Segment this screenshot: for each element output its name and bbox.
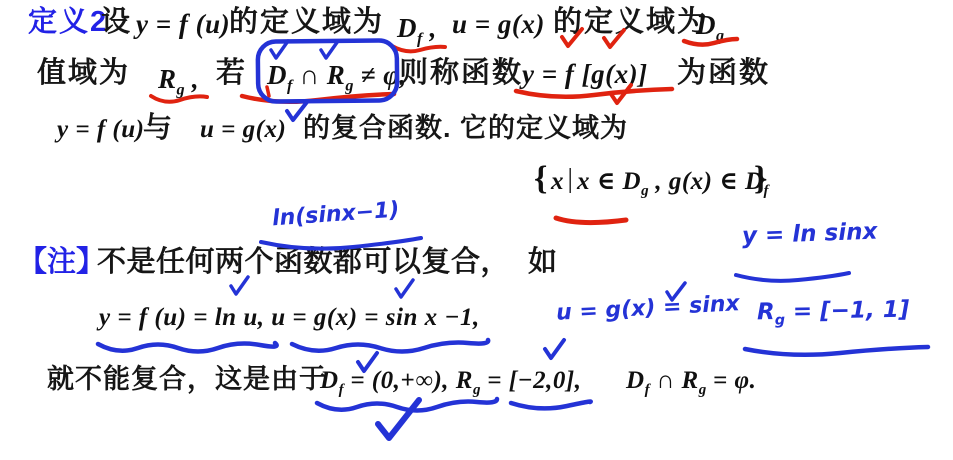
math-composite-fn: y = f [g(x)] xyxy=(522,59,648,90)
blue-underline-hw-Rg xyxy=(745,347,928,355)
math-empty-intersection: Df ∩ Rg = φ. xyxy=(626,367,756,399)
handwriting-y-ln-sinx: y = ln sinx xyxy=(742,219,878,250)
math-Df-interval: Df = (0,+∞), Rg = [−2,0], xyxy=(320,367,582,399)
definition-label: 定义2 xyxy=(28,6,108,39)
line1-domain-of: 的定义域为 xyxy=(229,6,384,39)
line1-suppose: 设 xyxy=(101,6,132,39)
line3-with: 与 xyxy=(143,112,174,145)
blue-wavy-underline-lnu xyxy=(98,343,277,352)
line7-lead: 就不能复合，这是由于 xyxy=(47,364,327,395)
blue-check-note-1 xyxy=(231,277,248,294)
line1-domain-of-2: 的定义域为 xyxy=(553,6,708,39)
set-x: x xyxy=(551,168,564,197)
math-y-fu-2: y = f (u) xyxy=(57,116,144,145)
handwriting-Rg-range: Rg = [−1, 1] xyxy=(757,297,910,330)
math-boxed-intersection: Df ∩ Rg ≠ φ, xyxy=(267,60,407,95)
blue-wavy-underline-sinx xyxy=(292,340,488,352)
blue-check-in-box-2 xyxy=(321,41,338,58)
math-Rg: Rg , xyxy=(158,64,199,99)
handwriting-ln-composite: ln(sinx−1) xyxy=(271,198,400,232)
blue-wavy-underline-Df-interval xyxy=(317,399,497,411)
line2-as-function: 为函数 xyxy=(677,57,770,90)
math-u-equals-gx: u = g(x) xyxy=(452,9,545,40)
line2-then-call: 则称函数 xyxy=(399,57,523,90)
set-condition: x ∈ Dg , g(x) ∈ Df xyxy=(577,168,769,200)
red-underline-in-box xyxy=(242,94,394,102)
handwriting-u-gx-sinx: u = g(x) = sinx xyxy=(555,291,740,326)
blue-check-hw-below xyxy=(545,340,564,358)
blue-check-note-2 xyxy=(396,280,413,297)
blue-check-in-box-1 xyxy=(271,41,288,58)
blue-underline-interval-20 xyxy=(511,402,591,409)
note-such-as: 如 xyxy=(528,246,559,279)
blue-big-check xyxy=(378,400,419,438)
math-u-gx-2: u = g(x) xyxy=(200,116,286,145)
red-underline-set-condition xyxy=(556,218,626,223)
set-brace-left: { xyxy=(534,159,547,198)
set-bar: | xyxy=(566,163,574,194)
math-Dg: Dg xyxy=(696,10,724,45)
line3-composite-tail: 的复合函数. 它的定义域为 xyxy=(303,113,628,144)
math-y-equals-fu: y = f (u) xyxy=(136,9,230,40)
note-label: 【注】 xyxy=(18,246,105,279)
blue-underline-hw-y xyxy=(736,273,849,281)
lecture-slide: 定义2 设 y = f (u) 的定义域为 Df , u = g(x) 的定义域… xyxy=(0,0,953,460)
math-Df: Df , xyxy=(397,13,437,48)
math-noncomposable-formula: y = f (u) = ln u, u = g(x) = sin x −1, xyxy=(99,304,480,333)
red-underline-composite xyxy=(516,89,672,97)
note-text: 不是任何两个函数都可以复合， xyxy=(97,246,510,279)
line2-if: 若 xyxy=(216,57,247,90)
set-brace-right: } xyxy=(754,159,767,198)
line2-range-of: 值域为 xyxy=(37,57,130,90)
